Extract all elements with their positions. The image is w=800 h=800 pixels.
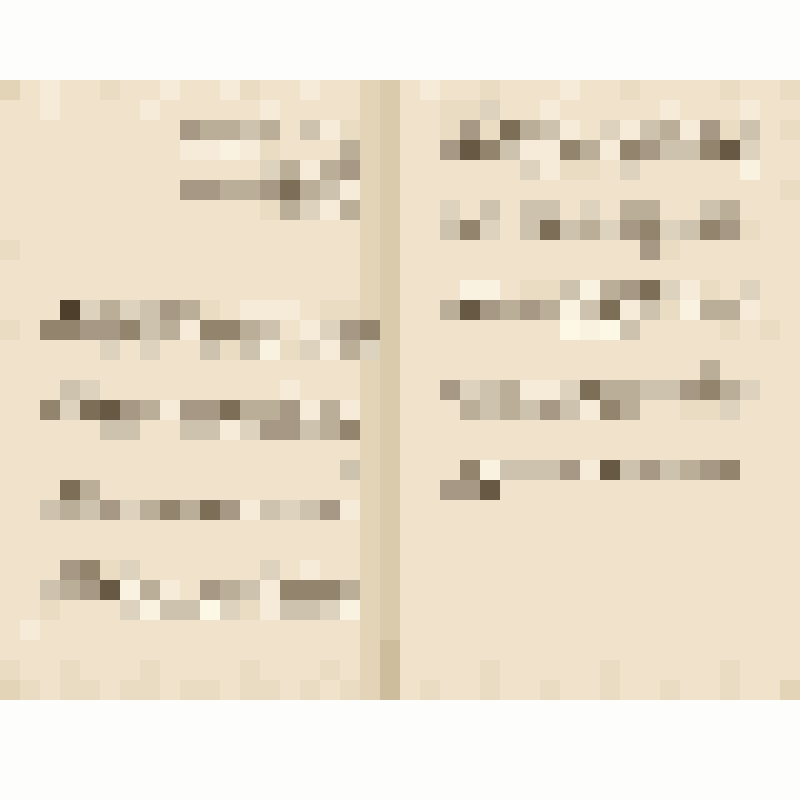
pixel-block [720,80,740,100]
pixel-block [780,560,800,580]
pixel-block [700,340,720,360]
pixel-block [620,360,640,380]
pixel-block [740,120,760,140]
pixel-block [780,240,800,260]
pixel-block [780,100,800,120]
pixel-block [480,60,500,80]
pixel-block [200,400,220,420]
pixel-block [560,220,580,240]
pixel-block [720,460,740,480]
pixel-block [200,460,220,480]
pixel-block [620,180,640,200]
pixel-block [560,60,580,80]
pixel-block [500,240,520,260]
pixel-block [660,0,680,20]
pixel-block [500,480,520,500]
pixel-block [120,740,140,760]
pixel-block [300,520,320,540]
pixel-block [620,460,640,480]
pixel-block [620,560,640,580]
pixel-block [260,640,280,660]
pixel-block [780,120,800,140]
pixel-block [280,500,300,520]
pixel-block [360,420,380,440]
pixel-block [540,520,560,540]
pixel-block [480,780,500,800]
pixel-block [660,180,680,200]
pixel-block [260,520,280,540]
pixel-block [700,140,720,160]
pixel-block [0,200,20,220]
pixel-block [760,360,780,380]
pixel-block [60,380,80,400]
pixel-block [620,500,640,520]
pixel-block [60,240,80,260]
pixel-block [280,480,300,500]
pixel-block [440,380,460,400]
pixel-block [620,40,640,60]
pixel-block [0,60,20,80]
pixel-block [420,520,440,540]
pixel-block [40,380,60,400]
pixel-block [580,60,600,80]
pixel-block [660,380,680,400]
pixel-block [440,480,460,500]
pixel-block [200,520,220,540]
pixel-block [180,660,200,680]
pixel-block [100,360,120,380]
pixel-block [460,660,480,680]
pixel-block [660,780,680,800]
pixel-block [600,240,620,260]
pixel-block [140,460,160,480]
pixel-block [700,60,720,80]
pixel-block [280,620,300,640]
pixel-block [460,500,480,520]
pixel-block [540,180,560,200]
pixel-block [380,760,400,780]
pixel-block [440,280,460,300]
pixel-block [580,260,600,280]
pixel-block [100,180,120,200]
pixel-block [420,500,440,520]
pixel-block [500,140,520,160]
pixel-block [140,600,160,620]
pixel-block [20,260,40,280]
pixel-block [120,640,140,660]
pixel-block [260,300,280,320]
pixel-block [300,420,320,440]
pixel-block [540,20,560,40]
pixel-block [220,660,240,680]
pixel-block [0,420,20,440]
pixel-block [340,140,360,160]
pixel-block [80,780,100,800]
pixel-block [0,140,20,160]
pixel-block [540,600,560,620]
pixel-block [300,300,320,320]
pixel-block [540,360,560,380]
pixel-block [80,600,100,620]
pixel-block [380,180,400,200]
pixel-block [680,300,700,320]
pixel-block [140,60,160,80]
pixel-block [700,660,720,680]
pixel-block [120,260,140,280]
pixel-block [640,260,660,280]
pixel-block [120,300,140,320]
pixel-block [780,600,800,620]
pixel-block [580,720,600,740]
pixel-block [680,320,700,340]
pixel-block [140,80,160,100]
pixel-block [40,240,60,260]
pixel-block [80,440,100,460]
pixel-block [500,100,520,120]
pixel-block [460,260,480,280]
pixel-block [40,0,60,20]
pixel-block [540,660,560,680]
pixel-block [380,280,400,300]
pixel-block [240,160,260,180]
pixel-block [600,600,620,620]
pixel-block [600,780,620,800]
pixel-block [600,220,620,240]
pixel-block [160,360,180,380]
pixel-block [300,780,320,800]
pixel-block [480,720,500,740]
pixel-block [220,380,240,400]
pixel-block [760,260,780,280]
pixel-block [600,340,620,360]
pixel-block [60,720,80,740]
pixel-block [180,500,200,520]
pixel-block [60,640,80,660]
pixel-block [600,320,620,340]
pixel-block [400,480,420,500]
pixel-block [60,60,80,80]
pixel-block [660,240,680,260]
pixel-block [100,660,120,680]
pixel-block [700,620,720,640]
pixel-block [660,500,680,520]
pixel-block [20,80,40,100]
pixel-block [400,600,420,620]
pixel-block [60,580,80,600]
pixel-block [340,440,360,460]
pixel-block [60,680,80,700]
pixel-block [400,420,420,440]
pixel-block [220,560,240,580]
pixel-block [260,140,280,160]
pixel-block [680,660,700,680]
pixel-block [460,620,480,640]
pixel-block [0,180,20,200]
pixel-block [640,400,660,420]
pixel-block [440,500,460,520]
pixel-block [480,540,500,560]
pixel-block [360,700,380,720]
pixel-block [660,540,680,560]
pixel-block [520,60,540,80]
pixel-block [400,60,420,80]
pixel-block [340,640,360,660]
pixel-block [180,740,200,760]
pixel-block [500,260,520,280]
pixel-block [420,360,440,380]
pixel-block [340,60,360,80]
pixel-block [320,60,340,80]
pixel-block [460,0,480,20]
pixel-block [740,660,760,680]
pixel-block [140,680,160,700]
pixel-block [600,300,620,320]
pixel-block [120,340,140,360]
pixel-block [180,280,200,300]
pixel-block [40,460,60,480]
pixel-block [40,400,60,420]
pixel-block [720,760,740,780]
pixel-block [680,640,700,660]
pixel-block [480,360,500,380]
pixel-block [220,300,240,320]
pixel-block [440,140,460,160]
pixel-block [500,640,520,660]
pixel-block [100,560,120,580]
pixel-block [440,780,460,800]
pixel-block [20,180,40,200]
pixel-block [40,420,60,440]
pixel-block [140,440,160,460]
pixel-block [300,120,320,140]
pixel-block [660,480,680,500]
pixel-block [600,680,620,700]
pixel-block [100,420,120,440]
pixel-block [280,340,300,360]
pixel-block [320,380,340,400]
pixel-block [500,700,520,720]
pixel-block [500,320,520,340]
pixel-block [120,700,140,720]
pixel-block [640,100,660,120]
pixel-block [240,500,260,520]
pixel-block [600,260,620,280]
pixel-block [720,20,740,40]
pixel-block [100,120,120,140]
pixel-block [400,580,420,600]
pixel-block [760,700,780,720]
pixel-block [140,280,160,300]
pixel-block [320,680,340,700]
pixel-block [40,600,60,620]
pixel-block [380,460,400,480]
pixel-block [460,40,480,60]
pixel-block [160,640,180,660]
pixel-block [140,240,160,260]
pixel-block [260,500,280,520]
pixel-block [80,300,100,320]
pixel-block [700,200,720,220]
pixel-block [780,780,800,800]
pixel-block [220,400,240,420]
pixel-block [700,560,720,580]
pixel-block [660,600,680,620]
pixel-block [160,660,180,680]
pixel-block [380,500,400,520]
pixel-block [240,80,260,100]
pixel-block [600,380,620,400]
pixel-block [260,280,280,300]
pixel-block [560,120,580,140]
pixel-block [260,240,280,260]
pixel-block [280,0,300,20]
pixel-block [240,660,260,680]
pixel-block [740,280,760,300]
pixel-block [120,60,140,80]
pixel-block [460,160,480,180]
pixel-block [680,760,700,780]
pixel-block [780,700,800,720]
pixel-block [760,60,780,80]
pixel-block [360,200,380,220]
pixel-block [20,720,40,740]
pixel-block [480,480,500,500]
pixel-block [220,220,240,240]
pixel-block [160,720,180,740]
pixel-block [140,620,160,640]
pixel-block [480,160,500,180]
pixel-block [480,460,500,480]
pixel-block [240,60,260,80]
pixel-block [320,620,340,640]
pixel-block [100,520,120,540]
pixel-block [440,440,460,460]
pixel-block [160,120,180,140]
pixel-block [580,600,600,620]
pixel-block [20,320,40,340]
pixel-block [40,180,60,200]
pixel-block [780,280,800,300]
pixel-block [540,80,560,100]
pixel-block [300,700,320,720]
pixel-block [680,740,700,760]
pixel-block [420,340,440,360]
pixel-block [20,280,40,300]
pixel-block [460,540,480,560]
pixel-block [580,220,600,240]
pixel-block [480,280,500,300]
pixel-block [420,720,440,740]
pixel-block [100,640,120,660]
pixel-block [560,640,580,660]
pixel-block [600,20,620,40]
pixel-block [460,320,480,340]
pixel-block [320,200,340,220]
pixel-block [560,320,580,340]
pixel-block [140,140,160,160]
pixel-block [400,360,420,380]
pixel-block [560,480,580,500]
pixel-block [440,740,460,760]
pixel-block [100,160,120,180]
pixel-block [660,360,680,380]
pixel-block [700,740,720,760]
pixel-block [700,700,720,720]
pixel-block [540,500,560,520]
pixel-block [280,740,300,760]
pixel-block [480,760,500,780]
pixel-block [80,760,100,780]
pixel-block [700,600,720,620]
pixel-block [520,100,540,120]
pixel-block [460,520,480,540]
pixel-block [480,700,500,720]
pixel-block [640,0,660,20]
pixel-block [680,680,700,700]
pixel-block [140,580,160,600]
pixel-block [420,220,440,240]
pixel-block [380,380,400,400]
pixel-block [560,720,580,740]
pixel-block [500,300,520,320]
pixel-block [380,400,400,420]
pixel-block [460,100,480,120]
pixel-block [360,280,380,300]
pixel-block [680,120,700,140]
pixel-block [460,300,480,320]
pixel-block [100,580,120,600]
pixel-block [780,680,800,700]
pixel-block [320,100,340,120]
pixel-block [120,360,140,380]
pixel-block [180,600,200,620]
pixel-block [560,460,580,480]
pixel-block [580,580,600,600]
pixel-block [740,40,760,60]
pixel-block [680,560,700,580]
pixel-block [500,680,520,700]
pixel-block [220,420,240,440]
pixel-block [760,520,780,540]
pixel-block [160,0,180,20]
pixel-block [280,400,300,420]
pixel-block [340,300,360,320]
pixel-block [0,460,20,480]
pixel-block [520,40,540,60]
pixel-block [420,740,440,760]
pixel-block [460,600,480,620]
pixel-block [60,340,80,360]
pixel-block [40,660,60,680]
pixel-block [700,80,720,100]
pixel-block [100,240,120,260]
pixel-block [420,60,440,80]
pixel-block [740,720,760,740]
pixel-block [660,140,680,160]
pixel-block [460,60,480,80]
pixel-block [80,340,100,360]
pixel-block [240,200,260,220]
pixel-block [180,400,200,420]
pixel-block [200,120,220,140]
pixel-block [580,480,600,500]
pixel-block [240,300,260,320]
pixel-block [620,160,640,180]
pixel-block [240,480,260,500]
pixel-block [580,380,600,400]
pixel-block [140,740,160,760]
pixel-block [320,340,340,360]
